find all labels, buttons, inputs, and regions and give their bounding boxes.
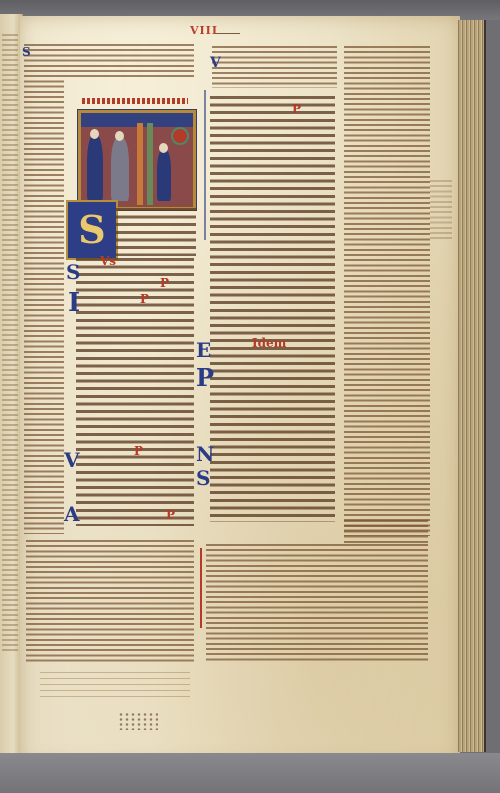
decorated-initial: V [210,56,221,70]
gloss-top-block [64,44,194,80]
rubric: P [134,444,143,458]
figure-head [159,143,168,153]
background-bottom [0,753,500,793]
decorated-initial: S [196,468,210,488]
decorated-initial: P [196,366,214,390]
gloss-bottom-right [206,544,428,662]
initial-flourish [200,548,202,628]
rubric: P [160,276,169,290]
gloss-top-middle [212,46,337,88]
decorated-initial: N [196,444,214,464]
folio-rule [215,33,240,34]
rubric: Idem [252,336,286,350]
rubric: Vs [100,254,116,268]
rubric: P [166,508,175,522]
book-fore-edge [458,20,486,752]
main-text-left-upper [116,208,196,256]
figure-head [115,131,124,141]
figure-head [90,129,99,139]
miniature-pillar [147,123,153,205]
initial-flourish [204,90,206,240]
gloss-right-lower [344,520,428,546]
main-text-column-right [210,96,335,522]
caption-strip [82,98,188,104]
historiated-initial: S [66,200,118,260]
miniature-illustration [78,110,196,210]
decorated-initial: A [64,504,80,524]
rubric: P [292,102,301,116]
decorated-initial: I [68,290,80,316]
decorated-initial: E [196,340,211,360]
main-text-column-left [76,258,194,526]
figure-center [111,137,129,201]
rose-window [171,127,189,145]
ink-scribble [118,712,158,730]
miniature-pillar [137,123,143,205]
previous-page-text [2,34,18,654]
gloss-left-column [24,44,64,534]
decorated-initial: V [64,450,80,470]
decorated-initial: S [66,262,80,282]
rubric: P [140,292,149,306]
gloss-right-faded [430,180,452,240]
decorated-initial: S [22,46,31,58]
gloss-bottom-left [26,540,194,664]
folio-number: VIII [190,24,218,37]
figure-left [87,135,103,201]
gloss-right-column [344,46,430,536]
marginal-annotation [40,672,190,700]
figure-right [157,149,171,201]
